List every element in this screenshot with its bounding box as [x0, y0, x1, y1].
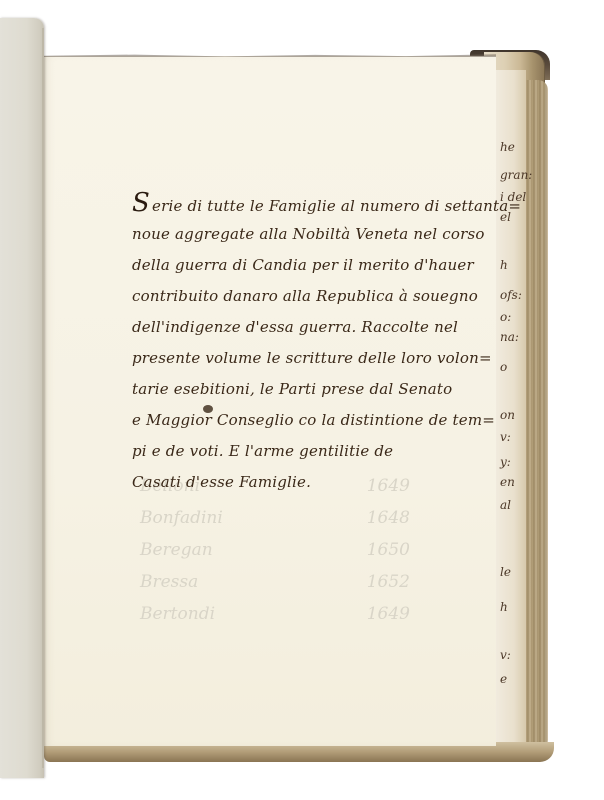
text-line: noue aggregate alla Nobiltà Veneta nel c… — [132, 219, 482, 250]
entry-year: 1650 — [367, 534, 410, 566]
drop-initial: S — [132, 188, 150, 218]
margin-note: v: — [500, 648, 511, 662]
entry-name: Bertondi — [140, 598, 215, 630]
margin-note: he — [500, 140, 515, 154]
entry-year: 1652 — [367, 566, 410, 598]
margin-note: e — [500, 672, 507, 686]
text-line: tarie esebitioni, le Parti prese dal Sen… — [132, 374, 482, 405]
margin-note: o — [500, 360, 507, 374]
text-line: pi e de voti. E l'arme gentilitie de — [132, 436, 482, 467]
entry-name: Bonfadini — [140, 502, 223, 534]
margin-note: le — [500, 565, 511, 579]
turned-flyleaf — [0, 18, 44, 778]
text-line: presente volume le scritture delle loro … — [132, 343, 482, 374]
margin-note: ofs: — [500, 288, 522, 302]
text-line: Serie di tutte le Famiglie al numero di … — [132, 188, 482, 219]
text-line: dell'indigenze d'essa guerra. Raccolte n… — [132, 312, 482, 343]
bleed-through-entry: Bertondi 1649 — [140, 598, 410, 630]
entry-name: Beregan — [140, 534, 213, 566]
margin-note: en — [500, 475, 515, 489]
margin-note: na: — [500, 330, 519, 344]
text-line: e Maggior Conseglio co la distintione de… — [132, 405, 482, 436]
handwritten-title-text: Serie di tutte le Famiglie al numero di … — [132, 188, 482, 498]
margin-note: o: — [500, 310, 511, 324]
ink-blot — [203, 405, 213, 413]
bleed-through-entry: Bonfadini 1648 — [140, 502, 410, 534]
margin-note: on — [500, 408, 515, 422]
margin-note: h — [500, 258, 508, 272]
text-line: Casati d'esse Famiglie. — [132, 467, 482, 498]
line-text: erie di tutte le Famiglie al numero di s… — [152, 197, 521, 215]
bleed-through-entry: Bressa 1652 — [140, 566, 410, 598]
margin-note: al — [500, 498, 511, 512]
text-line: contribuito danaro alla Republica à soue… — [132, 281, 482, 312]
entry-name: Bressa — [140, 566, 198, 598]
text-line: della guerra di Candia per il merito d'h… — [132, 250, 482, 281]
margin-note: y: — [500, 455, 511, 469]
entry-year: 1648 — [367, 502, 410, 534]
entry-year: 1649 — [367, 598, 410, 630]
photograph-scene: he gran: i del el h ofs: o: na: o on v: … — [0, 0, 604, 800]
margin-note: h — [500, 600, 508, 614]
margin-note: v: — [500, 430, 511, 444]
margin-note: gran: — [500, 168, 532, 182]
bleed-through-entry: Beregan 1650 — [140, 534, 410, 566]
